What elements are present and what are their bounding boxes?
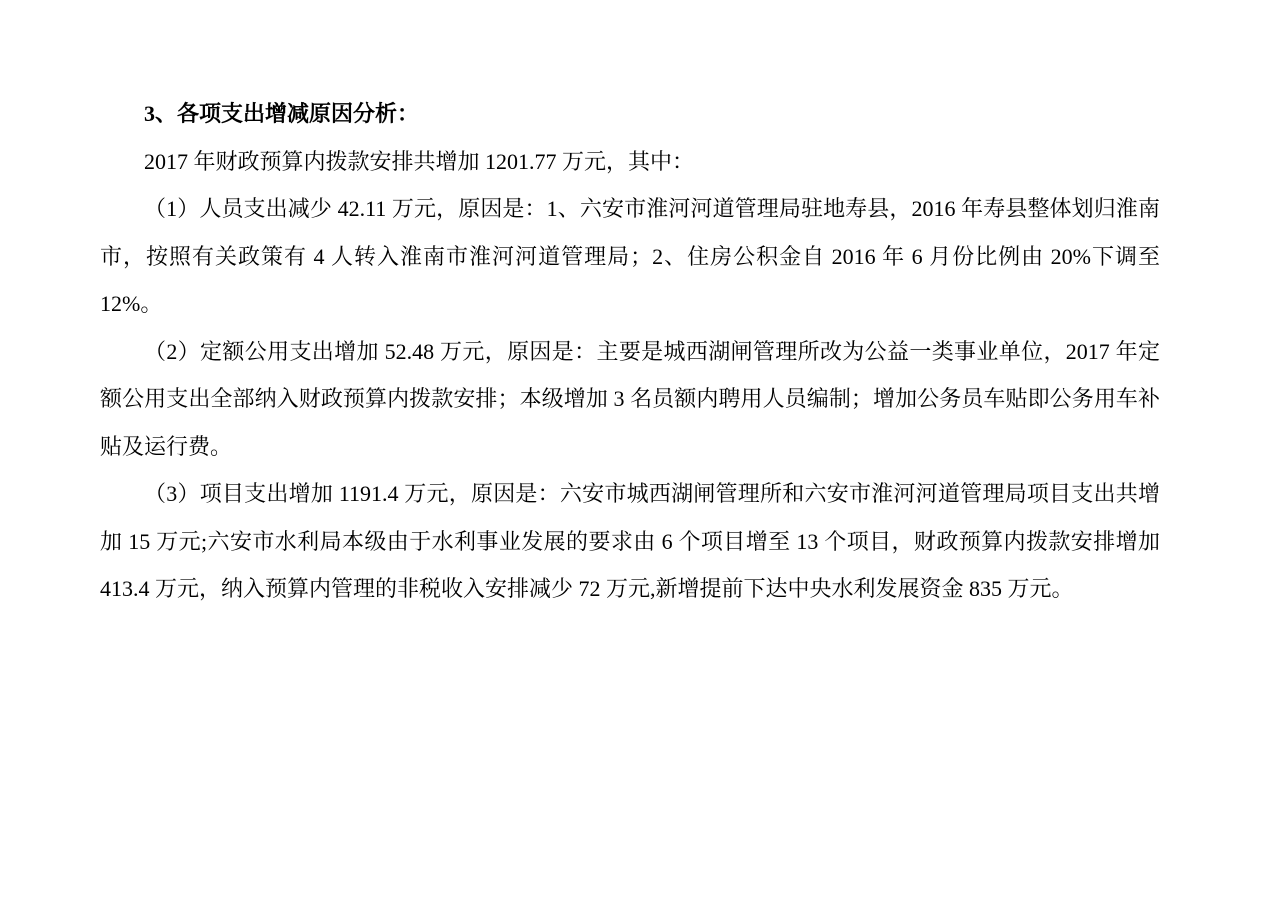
paragraph-item-3: （3）项目支出增加 1191.4 万元，原因是：六安市城西湖闸管理所和六安市淮河… — [100, 470, 1160, 613]
paragraph-item-1: （1）人员支出减少 42.11 万元，原因是：1、六安市淮河河道管理局驻地寿县，… — [100, 185, 1160, 328]
intro-paragraph: 2017 年财政预算内拨款安排共增加 1201.77 万元，其中： — [100, 138, 1160, 186]
paragraph-item-2: （2）定额公用支出增加 52.48 万元，原因是：主要是城西湖闸管理所改为公益一… — [100, 328, 1160, 471]
document-body: 3、各项支出增减原因分析： 2017 年财政预算内拨款安排共增加 1201.77… — [100, 90, 1160, 613]
section-heading: 3、各项支出增减原因分析： — [100, 90, 1160, 138]
document-page: 3、各项支出增减原因分析： 2017 年财政预算内拨款安排共增加 1201.77… — [0, 0, 1280, 905]
